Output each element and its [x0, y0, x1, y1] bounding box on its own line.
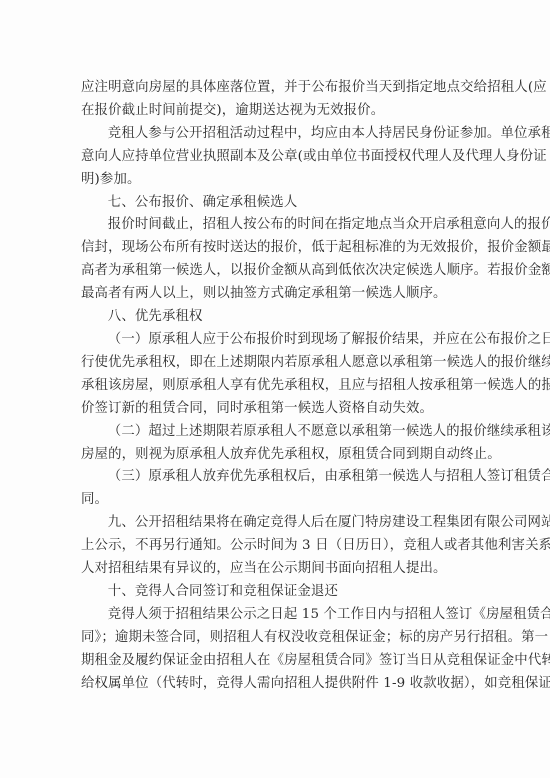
text-line: 高者为承租第一候选人，以报价金额从高到低依次决定候选人顺序。若报价金额 — [81, 260, 464, 283]
text-line: 意向人应持单位营业执照副本及公章(或由单位书面授权代理人及代理人身份证 — [81, 146, 464, 169]
text-line: （一）原承租人应于公布报价时到现场了解报价结果，并应在公布报价之日 — [81, 329, 464, 352]
document-page: 应注明意向房屋的具体座落位置，并于公布报价当天到指定地点交给招租人(应 在报价截… — [0, 0, 550, 778]
text-line: 报价时间截止，招租人按公布的时间在指定地点当众开启承租意向人的报价 — [81, 214, 464, 237]
text-line: 价签订新的租赁合同，同时承租第一候选人资格自动失效。 — [81, 398, 464, 421]
text-line: 人对招租结果有异议的，应当在公示期间书面向招租人提出。 — [81, 558, 464, 581]
text-line: 上公示，不再另行通知。公示时间为 3 日（日历日），竞租人或者其他利害关系 — [81, 535, 464, 558]
paragraph-priority-3: （三）原承租人放弃优先承租权后，由承租第一候选人与招租人签订租赁合 同。 — [81, 466, 464, 512]
text-line: 同。 — [81, 489, 464, 512]
heading-text: 七、公布报价、确定承租候选人 — [81, 192, 464, 215]
section-heading-8: 八、优先承租权 — [81, 306, 464, 329]
text-line: 最高者有两人以上，则以抽签方式确定承租第一候选人顺序。 — [81, 283, 464, 306]
document-body: 应注明意向房屋的具体座落位置，并于公布报价当天到指定地点交给招租人(应 在报价截… — [81, 77, 464, 695]
text-line: 房屋的，则视为原承租人放弃优先承租权，原租赁合同到期自动终止。 — [81, 444, 464, 467]
text-line: （三）原承租人放弃优先承租权后，由承租第一候选人与招租人签订租赁合 — [81, 466, 464, 489]
text-line: 竞得人须于招租结果公示之日起 15 个工作日内与招租人签订《房屋租赁合 — [81, 604, 464, 627]
text-line: 同》；逾期未签合同，则招租人有权没收竞租保证金；标的房产另行招租。第一 — [81, 627, 464, 650]
text-line: 承租该房屋，则原承租人享有优先承租权，且应与招租人按承租第一候选人的报 — [81, 375, 464, 398]
text-line: 期租金及履约保证金由招租人在《房屋租赁合同》签订当日从竞租保证金中代转 — [81, 650, 464, 673]
section-heading-7: 七、公布报价、确定承租候选人 — [81, 192, 464, 215]
text-line: 九、公开招租结果将在确定竞得人后在厦门特房建设工程集团有限公司网站 — [81, 512, 464, 535]
text-line: 应注明意向房屋的具体座落位置，并于公布报价当天到指定地点交给招租人(应 — [81, 77, 464, 100]
heading-text: 十、竞得人合同签订和竞租保证金退还 — [81, 581, 464, 604]
paragraph-priority-2: （二）超过上述期限若原承租人不愿意以承租第一候选人的报价继续承租该 房屋的，则视… — [81, 421, 464, 467]
text-line: 明)参加。 — [81, 169, 464, 192]
heading-text: 八、优先承租权 — [81, 306, 464, 329]
text-line: 竞租人参与公开招租活动过程中，均应由本人持居民身份证参加。单位承租 — [81, 123, 464, 146]
section-heading-10: 十、竞得人合同签订和竞租保证金退还 — [81, 581, 464, 604]
text-line: 在报价截止时间前提交)，逾期送达视为无效报价。 — [81, 100, 464, 123]
paragraph-priority-1: （一）原承租人应于公布报价时到现场了解报价结果，并应在公布报价之日 行使优先承租… — [81, 329, 464, 421]
paragraph-bid-opening: 报价时间截止，招租人按公布的时间在指定地点当众开启承租意向人的报价 信封，现场公… — [81, 214, 464, 306]
paragraph-participation-id: 竞租人参与公开招租活动过程中，均应由本人持居民身份证参加。单位承租 意向人应持单… — [81, 123, 464, 192]
text-line: 给权属单位（代转时，竞得人需向招租人提供附件 1-9 收款收据），如竞租保证 — [81, 673, 464, 696]
text-line: （二）超过上述期限若原承租人不愿意以承租第一候选人的报价继续承租该 — [81, 421, 464, 444]
paragraph-bid-submission: 应注明意向房屋的具体座落位置，并于公布报价当天到指定地点交给招租人(应 在报价截… — [81, 77, 464, 123]
paragraph-contract-signing: 竞得人须于招租结果公示之日起 15 个工作日内与招租人签订《房屋租赁合 同》；逾… — [81, 604, 464, 696]
section-9-public-notice: 九、公开招租结果将在确定竞得人后在厦门特房建设工程集团有限公司网站 上公示，不再… — [81, 512, 464, 581]
text-line: 信封，现场公布所有按时送达的报价，低于起租标准的为无效报价，报价金额最 — [81, 237, 464, 260]
text-line: 行使优先承租权，即在上述期限内若原承租人愿意以承租第一候选人的报价继续 — [81, 352, 464, 375]
